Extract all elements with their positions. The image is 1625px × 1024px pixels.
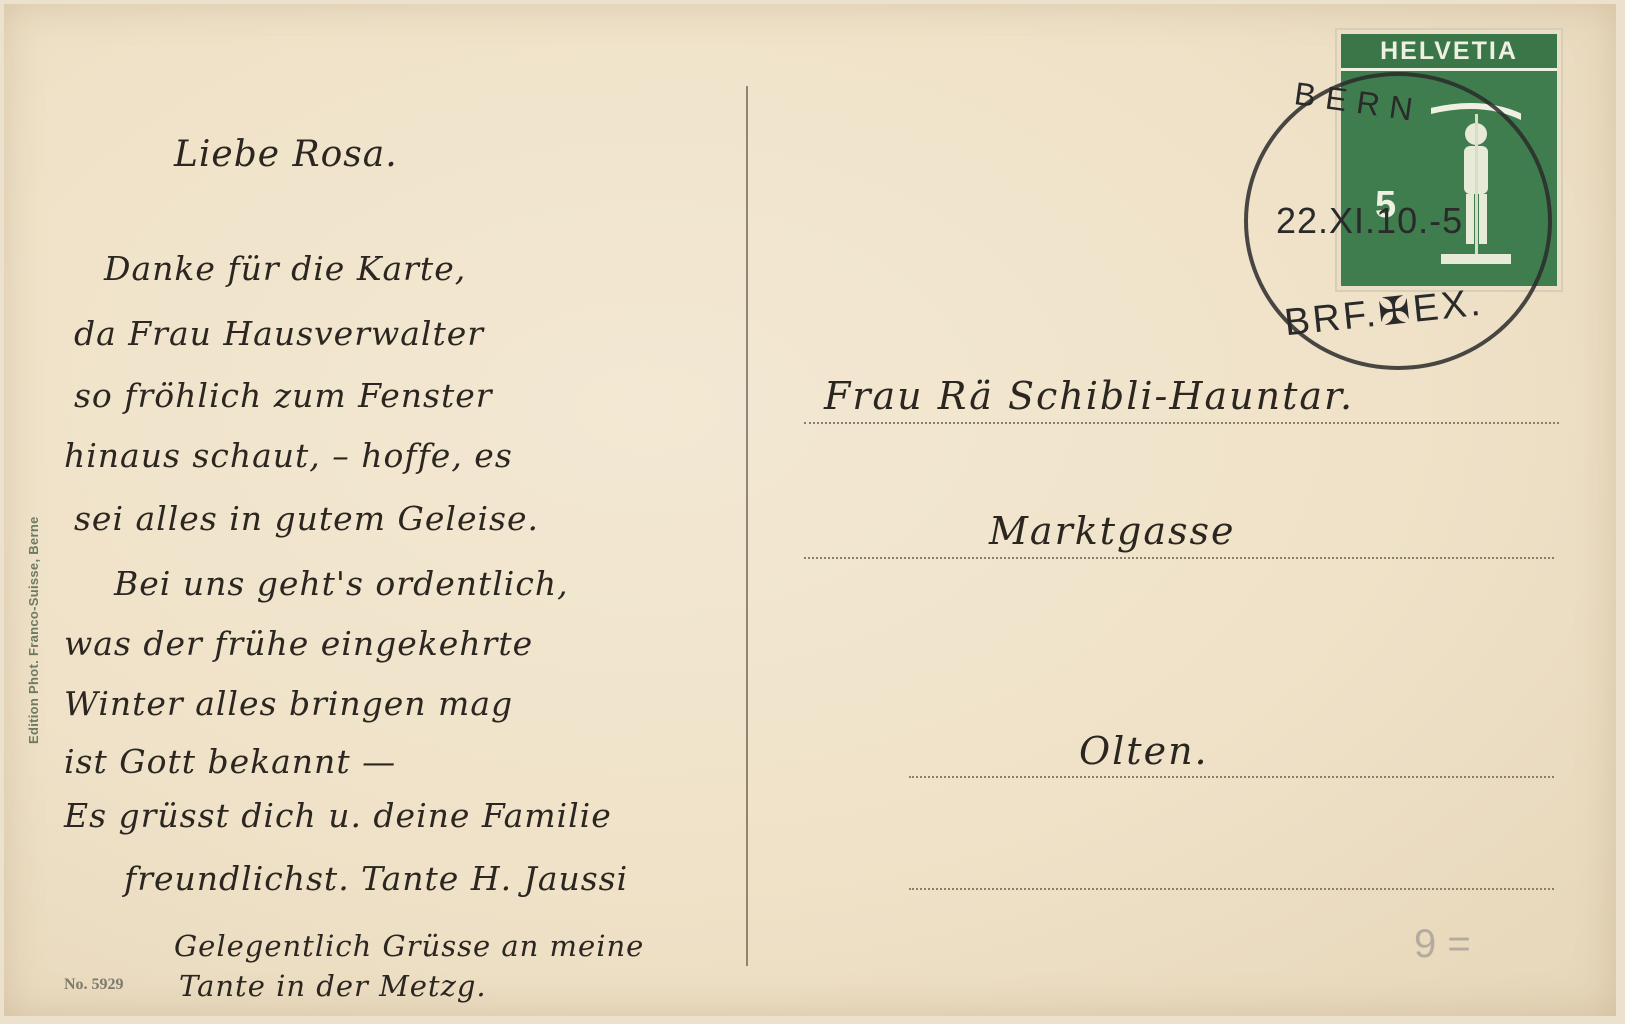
message-line: Danke für die Karte, [104,249,466,288]
message-line: sei alles in gutem Geleise. [74,499,539,538]
center-divider-line [746,86,748,966]
publisher-imprint: Edition Phot. Franco-Suisse, Berne [26,516,41,744]
message-postscript: Tante in der Metzg. [179,969,487,1003]
message-line: Es grüsst dich u. deine Familie [64,796,612,835]
message-line: so fröhlich zum Fenster [74,376,493,415]
message-signature: freundlichst. Tante H. Jaussi [124,859,628,898]
address-line-dotted-4 [909,888,1554,890]
address-line-dotted-1 [804,422,1559,424]
address-line-dotted-2 [804,557,1554,559]
message-line: Bei uns geht's ordentlich, [114,564,569,603]
address-line-dotted-3 [909,776,1554,778]
stamp-country: HELVETIA [1341,34,1557,71]
message-line: was der frühe eingekehrte [64,624,533,663]
address-recipient: Frau Rä Schibli-Hauntar. [824,374,1354,418]
message-salutation: Liebe Rosa. [174,134,398,175]
card-number: No. 5929 [64,976,124,994]
postmark-date: 22.XI.10.-5 [1276,200,1463,242]
postcard: Edition Phot. Franco-Suisse, Berne No. 5… [4,4,1616,1016]
address-city: Olten. [1079,729,1209,773]
message-line: da Frau Hausverwalter [74,314,484,353]
message-line: hinaus schaut, – hoffe, es [64,436,513,475]
address-street: Marktgasse [989,509,1236,553]
message-line: ist Gott bekannt — [64,742,396,781]
message-line: Winter alles bringen mag [64,684,513,723]
pencil-annotation: 9 = [1414,922,1471,967]
message-postscript: Gelegentlich Grüsse an meine [174,929,644,963]
